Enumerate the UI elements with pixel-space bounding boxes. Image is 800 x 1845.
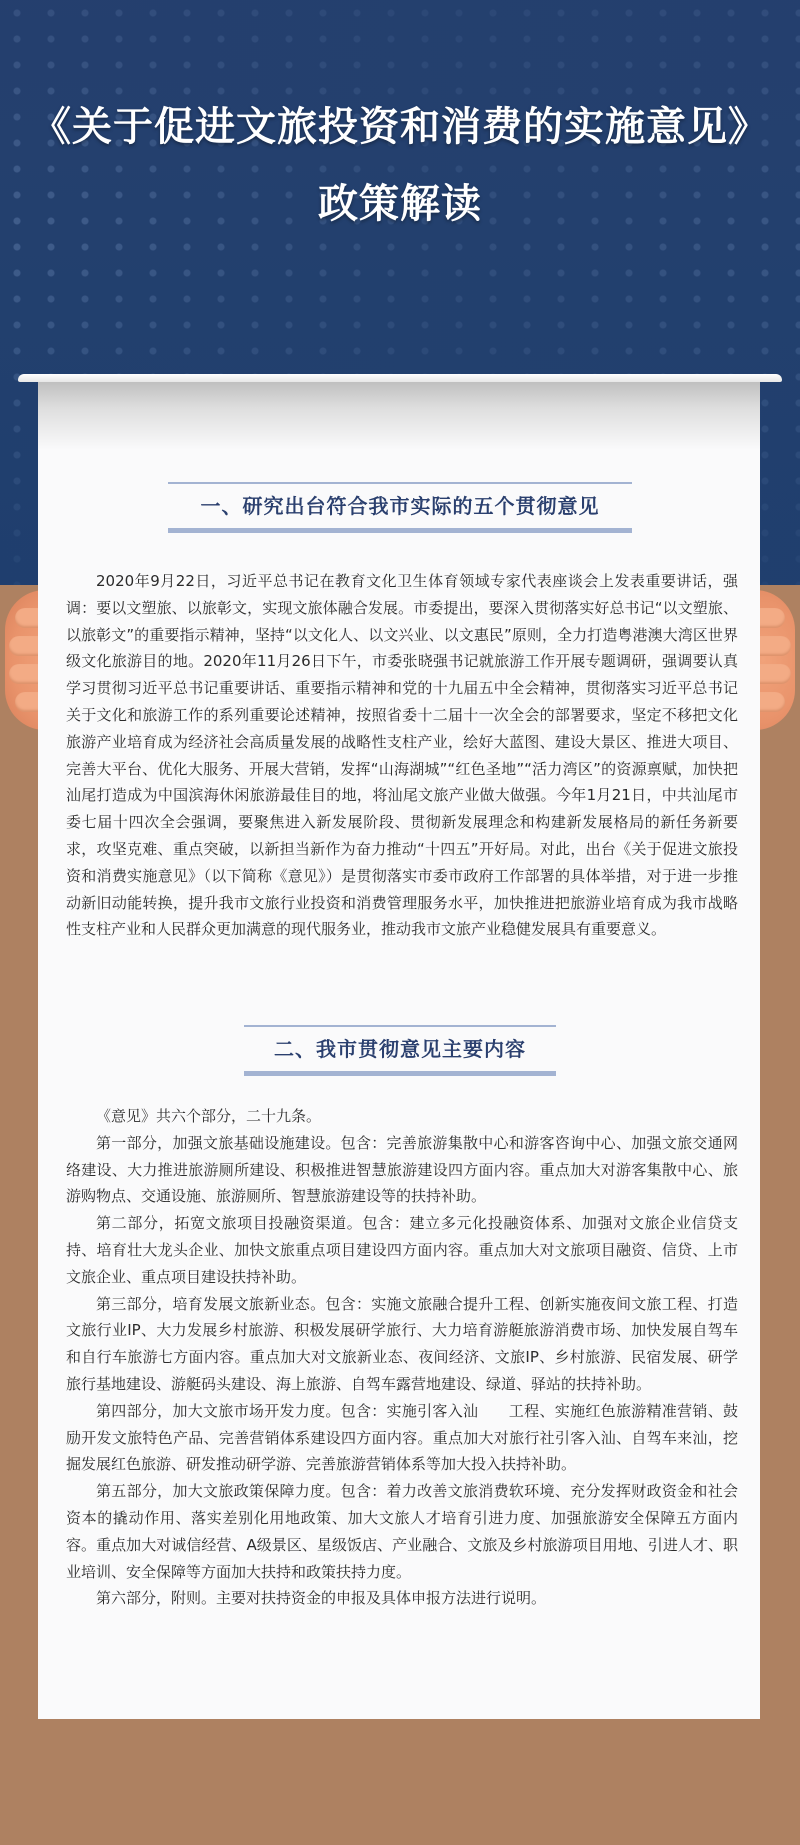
paragraph: 第一部分，加强文旅基础设施建设。包含：完善旅游集散中心和游客咨询中心、加强文旅交…: [66, 1130, 738, 1210]
scroll-roll-top: [18, 374, 782, 382]
paragraph: 第五部分，加大文旅政策保障力度。包含：着力改善文旅消费软环境、充分发挥财政资金和…: [66, 1478, 738, 1585]
page-title: 《关于促进文旅投资和消费的实施意见》: [0, 95, 800, 152]
section-heading-text: 二、我市贯彻意见主要内容: [0, 1027, 800, 1071]
heading-rule-bottom: [244, 1071, 556, 1076]
paragraph: 第二部分，拓宽文旅项目投融资渠道。包含：建立多元化投融资体系、加强对文旅企业信贷…: [66, 1210, 738, 1290]
paragraph: 第六部分，附则。主要对扶持资金的申报及具体申报方法进行说明。: [66, 1585, 738, 1612]
paragraph: 第四部分，加大文旅市场开发力度。包含：实施引客入汕 工程、实施红色旅游精准营销、…: [66, 1398, 738, 1478]
paragraph: 第三部分，培育发展文旅新业态。包含：实施文旅融合提升工程、创新实施夜间文旅工程、…: [66, 1291, 738, 1398]
section-heading-2: 二、我市贯彻意见主要内容: [0, 1025, 800, 1076]
heading-rule-bottom: [168, 528, 632, 533]
paragraph: 《意见》共六个部分，二十九条。: [66, 1103, 738, 1130]
paper-shadow: [38, 380, 760, 450]
section-heading-text: 一、研究出台符合我市实际的五个贯彻意见: [0, 484, 800, 528]
paragraph: 2020年9月22日，习近平总书记在教育文化卫生体育领域专家代表座谈会上发表重要…: [66, 568, 738, 943]
page-subtitle: 政策解读: [0, 172, 800, 229]
section-heading-1: 一、研究出台符合我市实际的五个贯彻意见: [0, 482, 800, 533]
section-2-body: 《意见》共六个部分，二十九条。 第一部分，加强文旅基础设施建设。包含：完善旅游集…: [66, 1103, 738, 1612]
section-1-body: 2020年9月22日，习近平总书记在教育文化卫生体育领域专家代表座谈会上发表重要…: [66, 568, 738, 943]
